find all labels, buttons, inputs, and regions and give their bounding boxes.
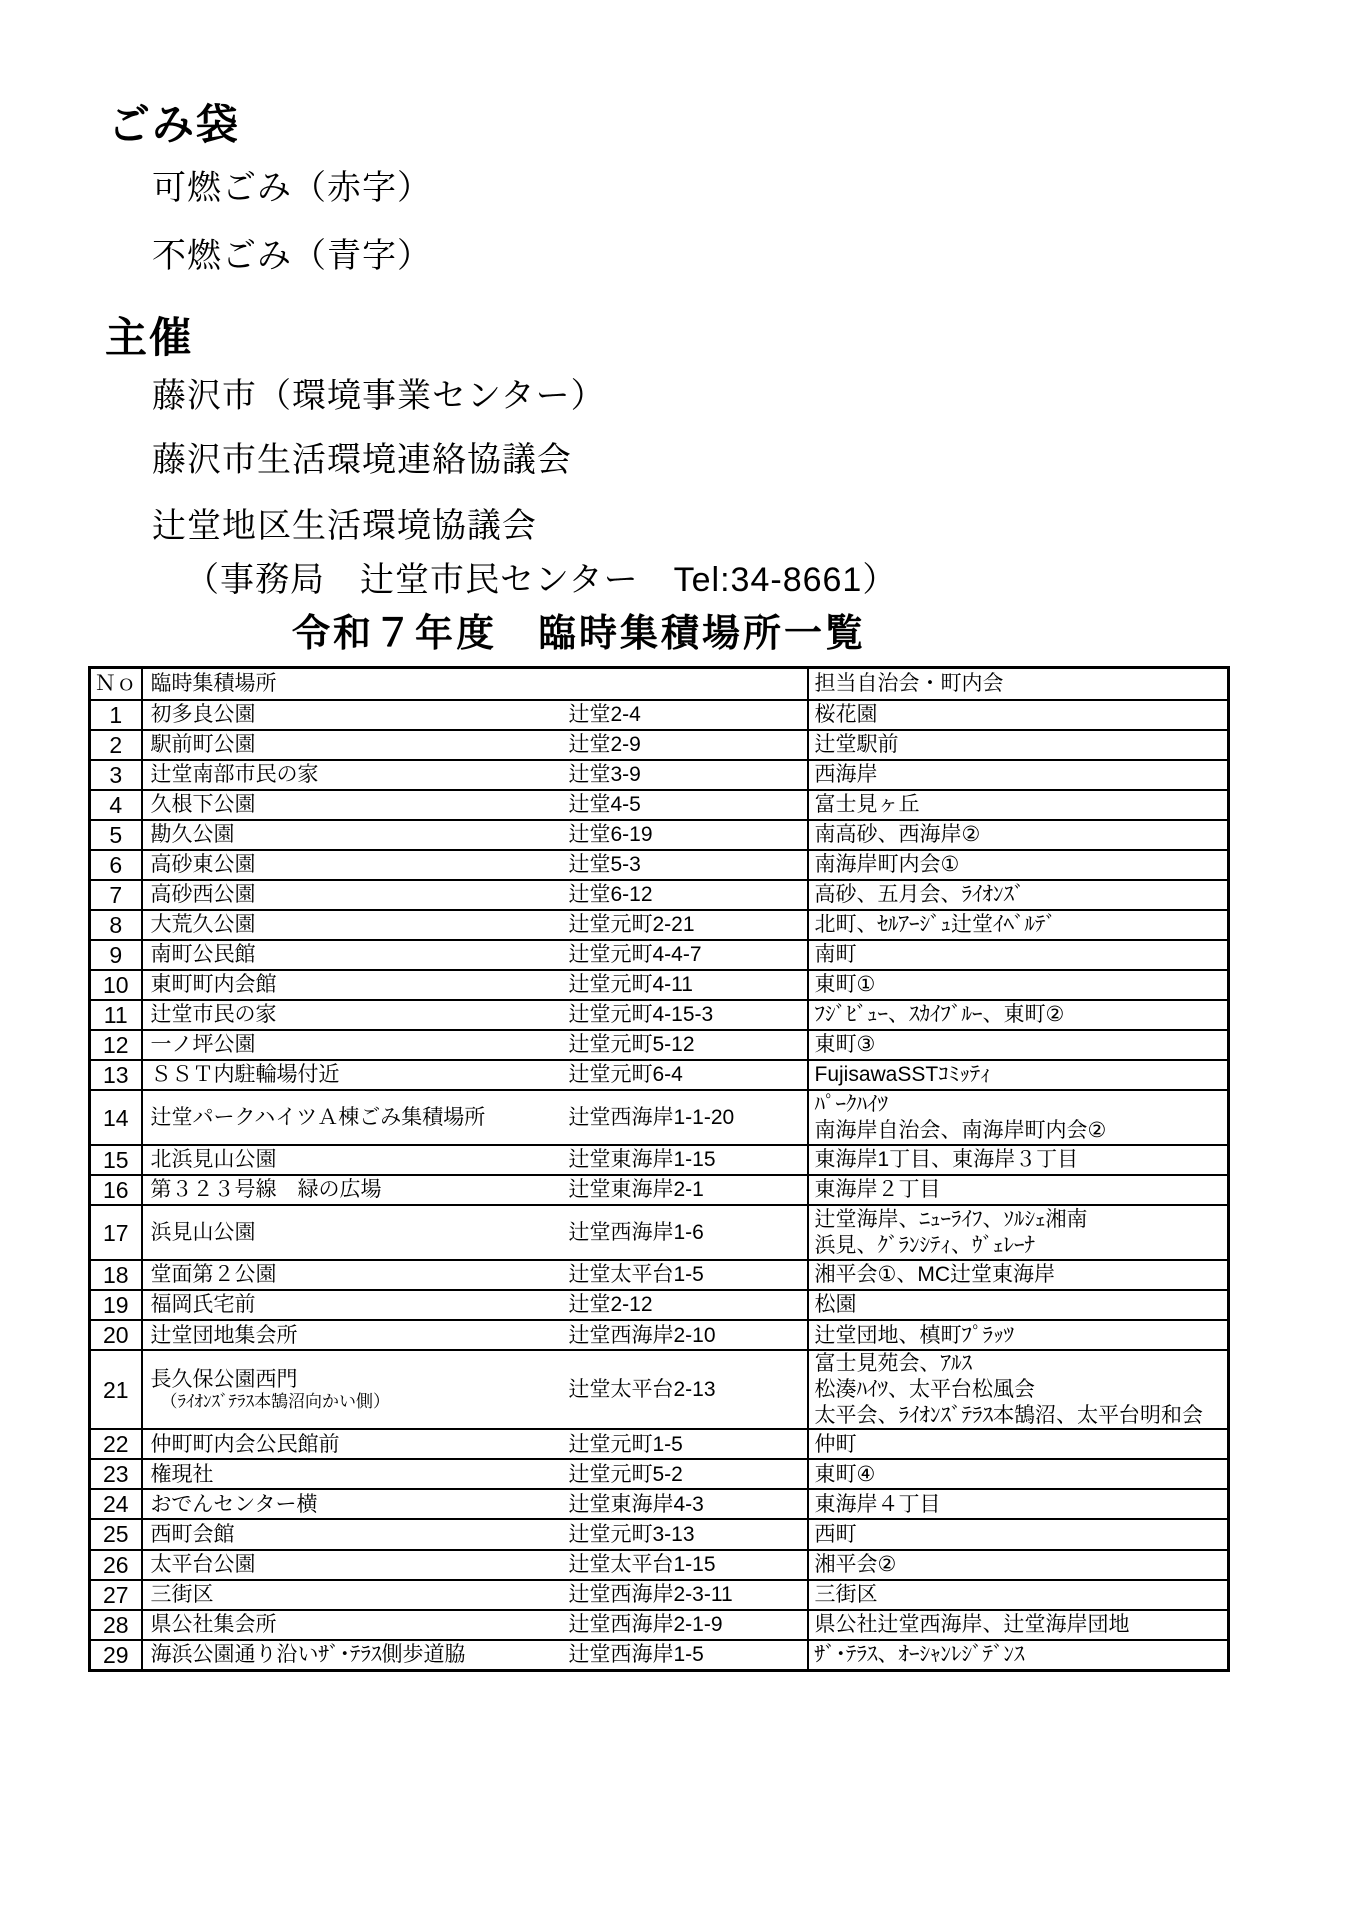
- row-address: 辻堂元町1-5: [569, 1429, 808, 1459]
- row-association: 仲町: [808, 1429, 1229, 1459]
- table-row: 2駅前町公園辻堂2-9辻堂駅前: [90, 730, 1229, 760]
- row-location-name: 第３２３号線 緑の広場: [142, 1175, 569, 1205]
- row-address: 辻堂2-9: [569, 730, 808, 760]
- table-row: 25西町会館辻堂元町3-13西町: [90, 1519, 1229, 1549]
- table-row: 21長久保公園西門（ﾗｲｵﾝｽﾞﾃﾗｽ本鵠沼向かい側）辻堂太平台2-13富士見苑…: [90, 1350, 1229, 1429]
- organizer-item-city: 藤沢市（環境事業センター）: [152, 368, 606, 417]
- row-location-name: 福岡氏宅前: [142, 1290, 569, 1320]
- row-association: 県公社辻堂西海岸、辻堂海岸団地: [808, 1610, 1229, 1640]
- table-row: 9南町公民館辻堂元町4-4-7南町: [90, 940, 1229, 970]
- row-address: 辻堂6-19: [569, 820, 808, 850]
- row-location-name: 三街区: [142, 1580, 569, 1610]
- header-location: 臨時集積場所: [142, 668, 808, 700]
- row-association: 富士見ヶ丘: [808, 790, 1229, 820]
- row-address: 辻堂太平台1-15: [569, 1550, 808, 1580]
- row-location-name: 長久保公園西門（ﾗｲｵﾝｽﾞﾃﾗｽ本鵠沼向かい側）: [142, 1350, 569, 1429]
- row-address: 辻堂5-3: [569, 850, 808, 880]
- row-association: 三街区: [808, 1580, 1229, 1610]
- row-location-name: 初多良公園: [142, 700, 569, 730]
- table-row: 22仲町町内会公民館前辻堂元町1-5仲町: [90, 1429, 1229, 1459]
- row-no: 18: [90, 1260, 142, 1290]
- table-row: 23権現社辻堂元町5-2東町④: [90, 1459, 1229, 1489]
- row-no: 15: [90, 1145, 142, 1175]
- table-row: 26太平台公園辻堂太平台1-15湘平会②: [90, 1550, 1229, 1580]
- row-no: 20: [90, 1320, 142, 1350]
- row-location-name: 堂面第２公園: [142, 1260, 569, 1290]
- table-row: 13ＳＳＴ内駐輪場付近辻堂元町6-4FujisawaSSTｺﾐｯﾃｨ: [90, 1060, 1229, 1090]
- row-no: 4: [90, 790, 142, 820]
- table-row: 17浜見山公園辻堂西海岸1-6辻堂海岸、ﾆｭｰﾗｲﾌ、ｿﾙｼｪ湘南浜見、ｸﾞﾗﾝ…: [90, 1205, 1229, 1260]
- table-row: 10東町町内会館辻堂元町4-11東町①: [90, 970, 1229, 1000]
- table-row: 11辻堂市民の家辻堂元町4-15-3ﾌｼﾞﾋﾞｭｰ、ｽｶｲﾌﾞﾙｰ、東町②: [90, 1000, 1229, 1030]
- row-no: 11: [90, 1000, 142, 1030]
- row-location-name: おでんセンター横: [142, 1489, 569, 1519]
- row-association: 南高砂、西海岸②: [808, 820, 1229, 850]
- row-no: 26: [90, 1550, 142, 1580]
- row-address: 辻堂東海岸4-3: [569, 1489, 808, 1519]
- table-row: 24おでんセンター横辻堂東海岸4-3東海岸４丁目: [90, 1489, 1229, 1519]
- row-no: 17: [90, 1205, 142, 1260]
- row-no: 8: [90, 910, 142, 940]
- row-address: 辻堂2-12: [569, 1290, 808, 1320]
- table-row: 14辻堂パークハイツＡ棟ごみ集積場所辻堂西海岸1-1-20ﾊﾟｰｸﾊｲﾂ南海岸自…: [90, 1090, 1229, 1145]
- row-location-name: 海浜公園通り沿いｻﾞ･ﾃﾗｽ側歩道脇: [142, 1640, 569, 1671]
- row-location-name: 県公社集会所: [142, 1610, 569, 1640]
- row-association: 富士見苑会、ｱﾙｽ松湊ﾊｲﾂ、太平台松風会太平会、ﾗｲｵﾝｽﾞﾃﾗｽ本鵠沼、太平…: [808, 1350, 1229, 1429]
- table-row: 15北浜見山公園辻堂東海岸1-15東海岸1丁目、東海岸３丁目: [90, 1145, 1229, 1175]
- row-location-name: 東町町内会館: [142, 970, 569, 1000]
- row-location-name: 南町公民館: [142, 940, 569, 970]
- row-association: 西海岸: [808, 760, 1229, 790]
- row-location-name: 勘久公園: [142, 820, 569, 850]
- table-row: 16第３２３号線 緑の広場辻堂東海岸2-1東海岸２丁目: [90, 1175, 1229, 1205]
- row-no: 28: [90, 1610, 142, 1640]
- row-location-name: 権現社: [142, 1459, 569, 1489]
- row-association: ﾌｼﾞﾋﾞｭｰ、ｽｶｲﾌﾞﾙｰ、東町②: [808, 1000, 1229, 1030]
- row-location-name: 辻堂市民の家: [142, 1000, 569, 1030]
- organizer-item-district-council: 辻堂地区生活環境協議会: [152, 498, 537, 547]
- row-address: 辻堂西海岸1-5: [569, 1640, 808, 1671]
- row-address: 辻堂西海岸2-10: [569, 1320, 808, 1350]
- row-no: 14: [90, 1090, 142, 1145]
- row-association: ﾊﾟｰｸﾊｲﾂ南海岸自治会、南海岸町内会②: [808, 1090, 1229, 1145]
- row-no: 16: [90, 1175, 142, 1205]
- header-association: 担当自治会・町内会: [808, 668, 1229, 700]
- row-address: 辻堂元町5-2: [569, 1459, 808, 1489]
- row-address: 辻堂元町5-12: [569, 1030, 808, 1060]
- row-address: 辻堂元町4-4-7: [569, 940, 808, 970]
- row-no: 21: [90, 1350, 142, 1429]
- table-row: 6高砂東公園辻堂5-3南海岸町内会①: [90, 850, 1229, 880]
- table-row: 3辻堂南部市民の家辻堂3-9西海岸: [90, 760, 1229, 790]
- table-row: 18堂面第２公園辻堂太平台1-5湘平会①、MC辻堂東海岸: [90, 1260, 1229, 1290]
- table-row: 5勘久公園辻堂6-19南高砂、西海岸②: [90, 820, 1229, 850]
- row-association: 東海岸２丁目: [808, 1175, 1229, 1205]
- row-no: 13: [90, 1060, 142, 1090]
- organizer-item-city-council: 藤沢市生活環境連絡協議会: [152, 432, 572, 481]
- collection-sites-table: Ｎｏ 臨時集積場所 担当自治会・町内会 1初多良公園辻堂2-4桜花園2駅前町公園…: [88, 666, 1227, 1672]
- row-no: 5: [90, 820, 142, 850]
- row-location-name: 仲町町内会公民館前: [142, 1429, 569, 1459]
- row-address: 辻堂東海岸1-15: [569, 1145, 808, 1175]
- row-association: 湘平会①、MC辻堂東海岸: [808, 1260, 1229, 1290]
- row-association: 東海岸1丁目、東海岸３丁目: [808, 1145, 1229, 1175]
- row-association: 辻堂駅前: [808, 730, 1229, 760]
- row-location-name: 辻堂団地集会所: [142, 1320, 569, 1350]
- row-location-name: 北浜見山公園: [142, 1145, 569, 1175]
- garbage-bag-heading: ごみ袋: [108, 92, 240, 152]
- row-address: 辻堂元町2-21: [569, 910, 808, 940]
- row-no: 12: [90, 1030, 142, 1060]
- row-location-name: 西町会館: [142, 1519, 569, 1549]
- row-location-name: 辻堂南部市民の家: [142, 760, 569, 790]
- row-address: 辻堂西海岸1-1-20: [569, 1090, 808, 1145]
- row-association: 松園: [808, 1290, 1229, 1320]
- row-address: 辻堂3-9: [569, 760, 808, 790]
- row-no: 22: [90, 1429, 142, 1459]
- row-address: 辻堂太平台2-13: [569, 1350, 808, 1429]
- row-address: 辻堂6-12: [569, 880, 808, 910]
- row-address: 辻堂元町3-13: [569, 1519, 808, 1549]
- row-no: 10: [90, 970, 142, 1000]
- row-no: 7: [90, 880, 142, 910]
- row-no: 23: [90, 1459, 142, 1489]
- row-association: ｻﾞ･ﾃﾗｽ、ｵｰｼｬﾝﾚｼﾞﾃﾞﾝｽ: [808, 1640, 1229, 1671]
- row-no: 27: [90, 1580, 142, 1610]
- table-row: 19福岡氏宅前辻堂2-12松園: [90, 1290, 1229, 1320]
- row-address: 辻堂東海岸2-1: [569, 1175, 808, 1205]
- row-no: 9: [90, 940, 142, 970]
- row-address: 辻堂元町6-4: [569, 1060, 808, 1090]
- row-address: 辻堂西海岸2-3-11: [569, 1580, 808, 1610]
- row-association: 南町: [808, 940, 1229, 970]
- row-association: 桜花園: [808, 700, 1229, 730]
- row-association: 東町③: [808, 1030, 1229, 1060]
- table-row: 28県公社集会所辻堂西海岸2-1-9県公社辻堂西海岸、辻堂海岸団地: [90, 1610, 1229, 1640]
- table-row: 4久根下公園辻堂4-5富士見ヶ丘: [90, 790, 1229, 820]
- garbage-item-burnable: 可燃ごみ（赤字）: [152, 160, 432, 209]
- row-location-name: 高砂東公園: [142, 850, 569, 880]
- row-address: 辻堂元町4-15-3: [569, 1000, 808, 1030]
- office-note: （事務局 辻堂市民センター Tel:34-8661）: [185, 552, 897, 601]
- row-address: 辻堂元町4-11: [569, 970, 808, 1000]
- row-no: 24: [90, 1489, 142, 1519]
- row-location-name: 大荒久公園: [142, 910, 569, 940]
- row-association: 高砂、五月会、ﾗｲｵﾝｽﾞ: [808, 880, 1229, 910]
- row-location-name: 高砂西公園: [142, 880, 569, 910]
- row-no: 29: [90, 1640, 142, 1671]
- row-association: 南海岸町内会①: [808, 850, 1229, 880]
- table-row: 20辻堂団地集会所辻堂西海岸2-10辻堂団地、槙町ﾌﾟﾗｯﾂ: [90, 1320, 1229, 1350]
- row-location-name: 一ノ坪公園: [142, 1030, 569, 1060]
- row-address: 辻堂太平台1-5: [569, 1260, 808, 1290]
- garbage-item-nonburnable: 不燃ごみ（青字）: [152, 228, 432, 277]
- table-row: 12一ノ坪公園辻堂元町5-12東町③: [90, 1030, 1229, 1060]
- page-title: 令和７年度 臨時集積場所一覧: [292, 602, 866, 657]
- row-address: 辻堂4-5: [569, 790, 808, 820]
- row-address: 辻堂西海岸2-1-9: [569, 1610, 808, 1640]
- row-no: 19: [90, 1290, 142, 1320]
- row-association: 湘平会②: [808, 1550, 1229, 1580]
- table-row: 8大荒久公園辻堂元町2-21北町、ｾﾙｱｰｼﾞｭ辻堂ｲﾍﾞﾙﾃﾞ: [90, 910, 1229, 940]
- row-association: FujisawaSSTｺﾐｯﾃｨ: [808, 1060, 1229, 1090]
- row-no: 2: [90, 730, 142, 760]
- header-no: Ｎｏ: [90, 668, 142, 700]
- organizer-heading: 主催: [105, 305, 193, 365]
- row-location-name: ＳＳＴ内駐輪場付近: [142, 1060, 569, 1090]
- row-address: 辻堂西海岸1-6: [569, 1205, 808, 1260]
- table-row: 27三街区辻堂西海岸2-3-11三街区: [90, 1580, 1229, 1610]
- row-location-name: 駅前町公園: [142, 730, 569, 760]
- row-location-name: 太平台公園: [142, 1550, 569, 1580]
- row-address: 辻堂2-4: [569, 700, 808, 730]
- table-row: 1初多良公園辻堂2-4桜花園: [90, 700, 1229, 730]
- row-association: 東町①: [808, 970, 1229, 1000]
- collection-table-body: 1初多良公園辻堂2-4桜花園2駅前町公園辻堂2-9辻堂駅前3辻堂南部市民の家辻堂…: [90, 700, 1229, 1671]
- row-no: 1: [90, 700, 142, 730]
- row-location-name: 久根下公園: [142, 790, 569, 820]
- row-no: 6: [90, 850, 142, 880]
- row-association: 東海岸４丁目: [808, 1489, 1229, 1519]
- row-location-name: 浜見山公園: [142, 1205, 569, 1260]
- row-association: 東町④: [808, 1459, 1229, 1489]
- row-association: 西町: [808, 1519, 1229, 1549]
- row-location-name: 辻堂パークハイツＡ棟ごみ集積場所: [142, 1090, 569, 1145]
- table-header-row: Ｎｏ 臨時集積場所 担当自治会・町内会: [90, 668, 1229, 700]
- row-no: 3: [90, 760, 142, 790]
- row-association: 辻堂団地、槙町ﾌﾟﾗｯﾂ: [808, 1320, 1229, 1350]
- table-row: 29海浜公園通り沿いｻﾞ･ﾃﾗｽ側歩道脇辻堂西海岸1-5ｻﾞ･ﾃﾗｽ、ｵｰｼｬﾝ…: [90, 1640, 1229, 1671]
- table-row: 7高砂西公園辻堂6-12高砂、五月会、ﾗｲｵﾝｽﾞ: [90, 880, 1229, 910]
- row-no: 25: [90, 1519, 142, 1549]
- row-association: 辻堂海岸、ﾆｭｰﾗｲﾌ、ｿﾙｼｪ湘南浜見、ｸﾞﾗﾝｼﾃｨ、ｳﾞｪﾚｰﾅ: [808, 1205, 1229, 1260]
- row-association: 北町、ｾﾙｱｰｼﾞｭ辻堂ｲﾍﾞﾙﾃﾞ: [808, 910, 1229, 940]
